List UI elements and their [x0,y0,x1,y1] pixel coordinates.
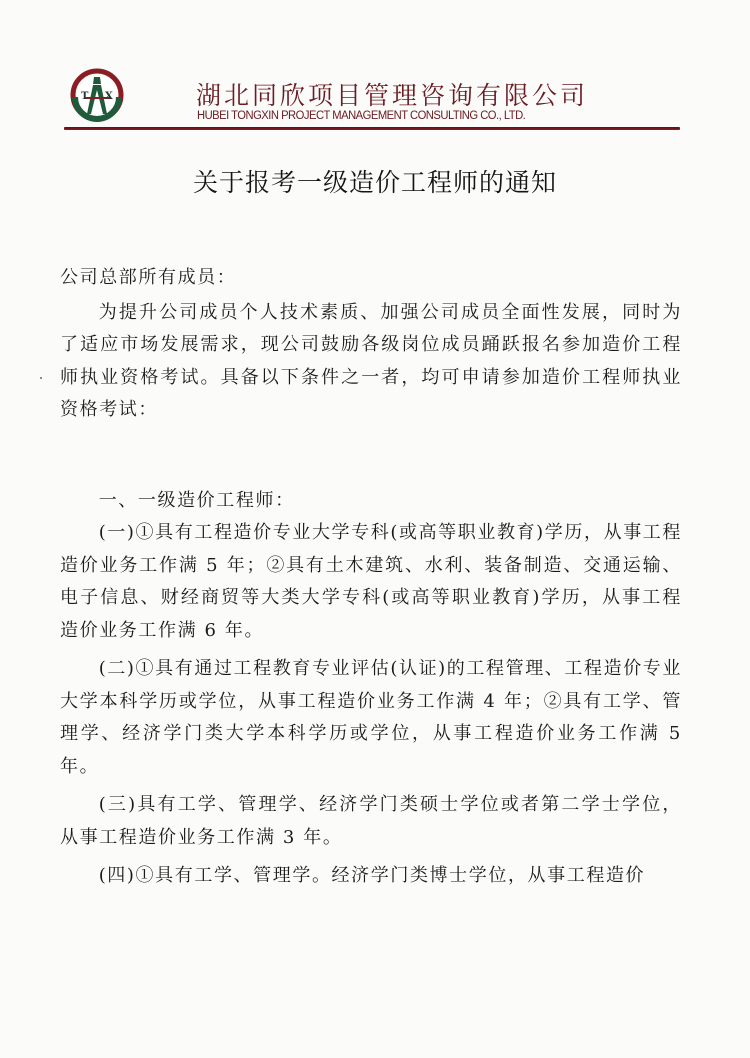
company-name-cn: 湖北同欣项目管理咨询有限公司 [196,76,588,112]
salutation: 公司总部所有成员： [60,262,682,295]
item-text: ①具有工学、管理学。经济学门类博士学位，从事工程造价 [136,865,646,886]
svg-text:T: T [81,91,89,102]
letterhead: T X 湖北同欣项目管理咨询有限公司 HUBEI TONGXIN PROJECT… [0,0,750,140]
scan-speck [40,377,42,379]
item-text: ①具有通过工程教育专业评估(认证)的工程管理、工程造价专业大学本科学历或学位，从… [60,658,682,777]
item-text: ①具有工程造价专业大学专科(或高等职业教育)学历，从事工程造价业务工作满 5 年… [60,522,682,641]
section-heading: 一、一级造价工程师： [60,485,682,518]
intro-paragraph: 为提升公司成员个人技术素质、加强公司成员全面性发展，同时为了适应市场发展需求，现… [60,297,682,427]
requirement-item: (四)①具有工学、管理学。经济学门类博士学位，从事工程造价 [60,860,682,893]
document-body: 公司总部所有成员： 为提升公司成员个人技术素质、加强公司成员全面性发展，同时为了… [60,262,682,893]
svg-text:X: X [105,91,113,102]
company-logo-icon: T X [70,68,124,122]
item-text: 具有工学、管理学、经济学门类硕士学位或者第二学士学位，从事工程造价业务工作满 3… [60,794,682,848]
item-label: (三) [99,794,137,815]
item-label: (一) [99,522,136,543]
requirement-item: (二)①具有通过工程教育专业评估(认证)的工程管理、工程造价专业大学本科学历或学… [60,653,682,783]
document-title: 关于报考一级造价工程师的通知 [0,163,750,199]
item-label: (二) [99,658,136,679]
header-divider [64,127,680,130]
requirement-item: (一)①具有工程造价专业大学专科(或高等职业教育)学历，从事工程造价业务工作满 … [60,517,682,647]
company-name-en: HUBEI TONGXIN PROJECT MANAGEMENT CONSULT… [197,108,525,122]
requirement-item: (三)具有工学、管理学、经济学门类硕士学位或者第二学士学位，从事工程造价业务工作… [60,789,682,854]
item-label: (四) [99,865,136,886]
